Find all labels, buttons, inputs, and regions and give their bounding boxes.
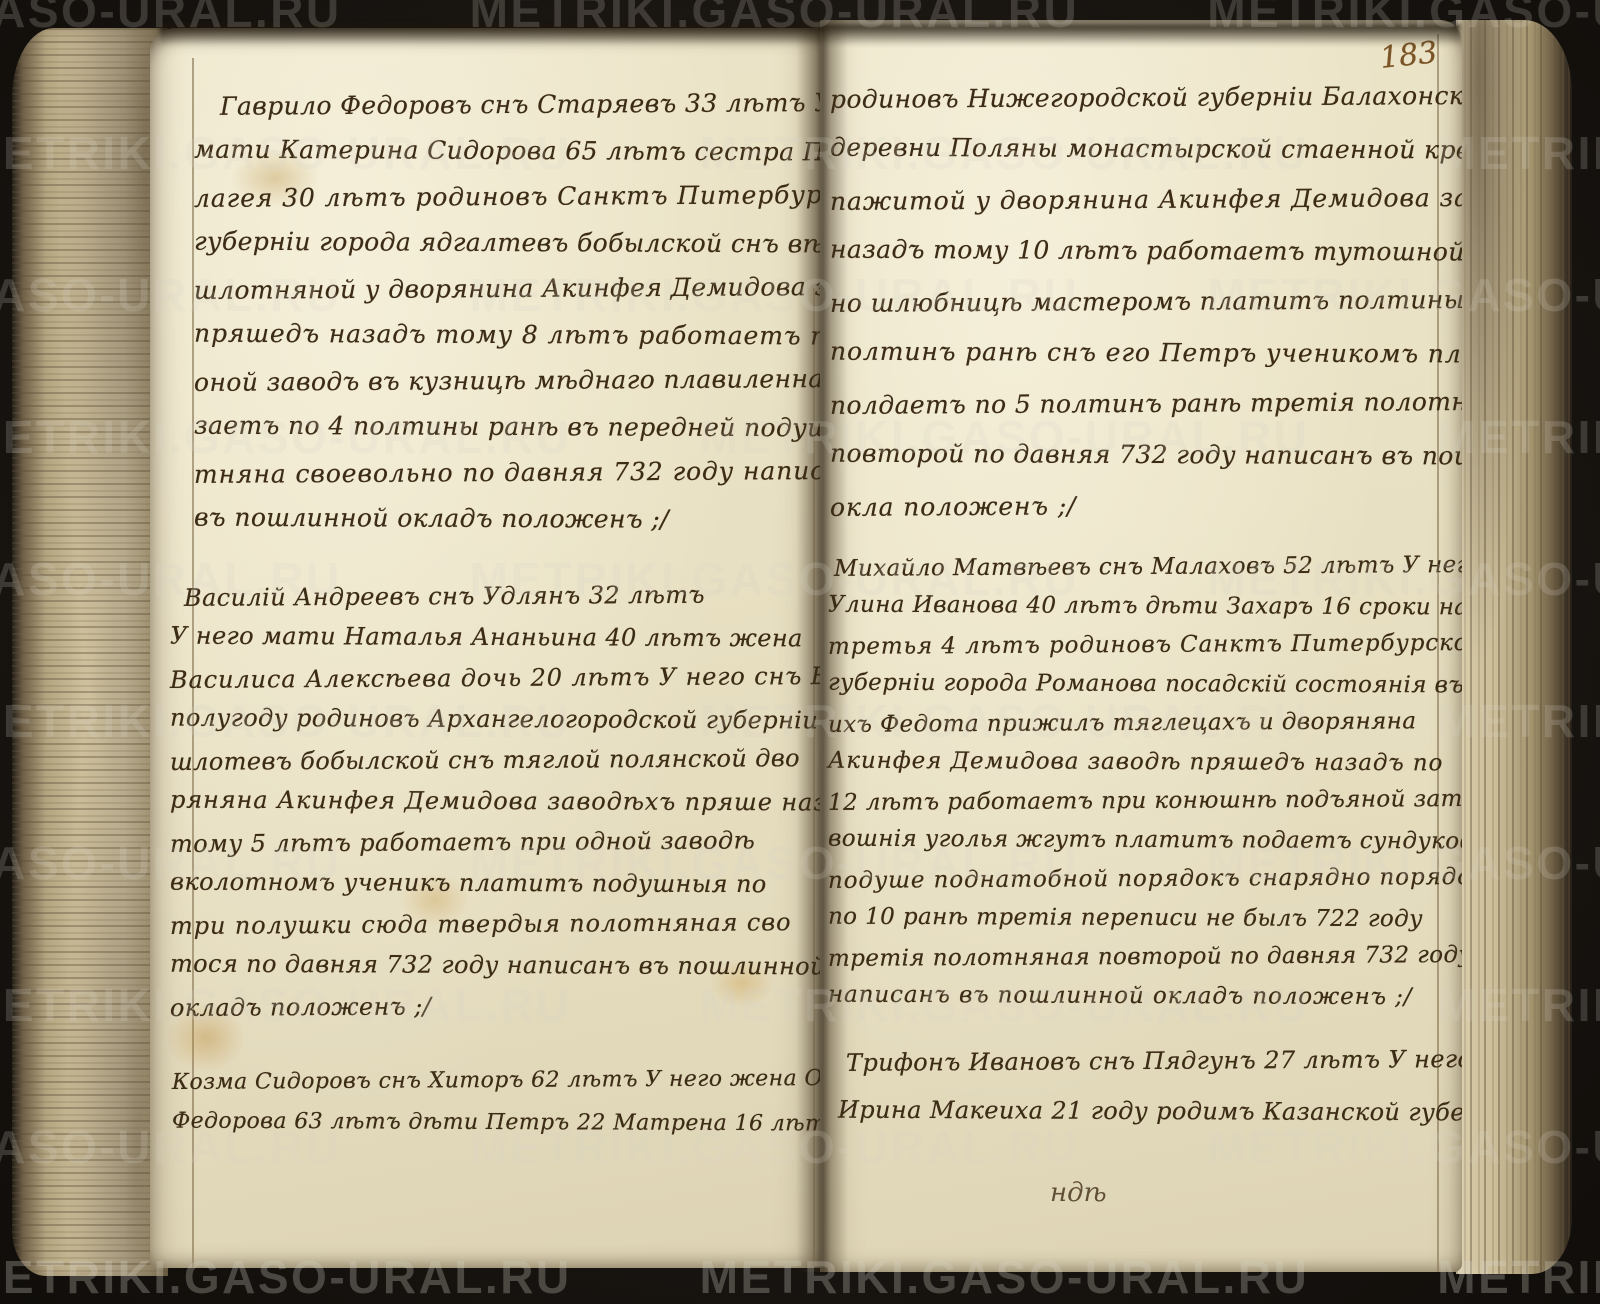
handwritten-line: Василиса Алексѣева дочь 20 лѣтъ У него с…	[170, 656, 818, 701]
left-page: Гаврило Федоровъ снъ Старяевъ 33 лѣтъ У …	[150, 28, 820, 1268]
record-block: Гаврило Федоровъ снъ Старяевъ 33 лѣтъ У …	[194, 82, 819, 542]
handwritten-line: заетъ по 4 полтины ранѣ въ передней поду…	[194, 403, 819, 452]
handwritten-line: У него мати Наталья Ананьина 40 лѣтъ жен…	[170, 616, 818, 660]
handwritten-line: полтинъ ранѣ снъ его Петръ ученикомъ пла…	[830, 326, 1455, 380]
handwritten-line: губерніи города Романова посадскій состо…	[828, 664, 1453, 706]
handwritten-line: Ирина Макеиха 21 году родимъ Казанской г…	[838, 1085, 1453, 1138]
handwritten-line: повторой по давняя 732 году написанъ въ …	[830, 428, 1455, 482]
handwritten-line: мати Катерина Сидорова 65 лѣтъ сестра Пе	[194, 127, 819, 176]
handwritten-line: ихъ Федота прижилъ тяглецахъ и дворяняна	[828, 702, 1453, 745]
handwritten-line: лагея 30 лѣтъ родиновъ Санктъ Питербурск…	[194, 172, 819, 222]
record-block: родиновъ Нижегородской губерніи Балахонс…	[830, 72, 1455, 531]
handwritten-line: вколотномъ ученикъ платитъ подушныя по	[170, 862, 818, 906]
handwritten-line: назадъ тому 10 лѣтъ работаетъ тутошной п…	[830, 224, 1455, 278]
handwritten-line: деревни Поляны монастырской стаенной кре…	[830, 122, 1455, 176]
handwritten-line: по 10 ранѣ третія переписи не былъ 722 г…	[828, 898, 1453, 940]
handwritten-line: тняна своевольно по давняя 732 году напи…	[194, 448, 819, 498]
handwritten-line: окладъ положенъ ;/	[170, 984, 818, 1029]
handwritten-line: полдаетъ по 5 полтинъ ранѣ третія полотн…	[830, 376, 1455, 431]
manuscript-scan: Гаврило Федоровъ снъ Старяевъ 33 лѣтъ У …	[0, 0, 1600, 1304]
handwritten-line: полугоду родиновъ Архангелогородской губ…	[170, 698, 818, 742]
handwritten-line: подуше поднатобной порядокъ снарядно пор…	[828, 858, 1453, 901]
handwritten-line: Михайло Матвѣевъ снъ Малаховъ 52 лѣтъ У …	[828, 546, 1453, 589]
handwritten-line: написанъ въ пошлинной окладъ положенъ ;/	[828, 976, 1453, 1018]
handwritten-line: шлотняной у дворянина Акинфея Демидова з…	[194, 264, 819, 314]
handwritten-line: Федорова 63 лѣтъ дѣти Петръ 22 Матрена 1…	[172, 1101, 820, 1146]
record-block: Василій Андреевъ снъ Удлянъ 32 лѣтъ У не…	[170, 576, 818, 1027]
right-page: 183 родиновъ Нижегородской губерніи Бала…	[820, 20, 1462, 1272]
handwritten-line: Трифонъ Ивановъ снъ Пядгунъ 27 лѣтъ У не…	[838, 1034, 1453, 1088]
handwritten-line: окла положенъ ;/	[830, 478, 1455, 533]
handwritten-line: родиновъ Нижегородской губерніи Балахонс…	[830, 70, 1455, 125]
handwritten-line: въ пошлинной окладъ положенъ ;/	[194, 495, 819, 544]
handwritten-line: третія полотняная повторой по давняя 732…	[828, 936, 1453, 979]
record-block: Михайло Матвѣевъ снъ Малаховъ 52 лѣтъ У …	[828, 548, 1453, 1016]
handwritten-line: вошнія уголья жгутъ платитъ подаетъ сунд…	[828, 820, 1453, 862]
fore-edge-right	[1456, 20, 1572, 1274]
handwritten-line: ряняна Акинфея Демидова заводѣхъ пряше н…	[170, 780, 818, 824]
handwritten-line: Акинфея Демидова заводѣ пряшедъ назадъ п…	[828, 742, 1453, 784]
handwritten-line: Гаврило Федоровъ снъ Старяевъ 33 лѣтъ У …	[194, 80, 819, 130]
handwritten-line: тому 5 лѣтъ работаетъ при одной заводѣ	[170, 820, 818, 865]
catchword: ндѣ	[1050, 1178, 1107, 1208]
handwritten-line: Улина Иванова 40 лѣтъ дѣти Захаръ 16 сро…	[828, 586, 1453, 628]
record-block: Козма Сидоровъ снъ Хиторъ 62 лѣтъ У него…	[172, 1060, 820, 1144]
handwritten-line: губерніи города ядгалтевъ бобылской снъ …	[194, 219, 819, 268]
handwritten-line: оной заводъ въ кузницѣ мѣднаго плавиленн…	[194, 356, 819, 406]
handwritten-line: Василій Андреевъ снъ Удлянъ 32 лѣтъ	[170, 574, 818, 619]
handwritten-line: шлотевъ бобылской снъ тяглой полянской д…	[170, 738, 818, 783]
handwritten-line: пряшедъ назадъ тому 8 лѣтъ работаетъ при	[194, 311, 819, 360]
handwritten-line: 12 лѣтъ работаетъ при конюшнѣ подъяной з…	[828, 780, 1453, 823]
handwritten-line: три полушки сюда твердыя полотняная сво	[170, 902, 818, 947]
handwritten-line: Козма Сидоровъ снъ Хиторъ 62 лѣтъ У него…	[172, 1058, 820, 1104]
handwritten-line: пажитой у дворянина Акинфея Демидова зав…	[830, 172, 1455, 227]
handwritten-line: тося по давняя 732 году написанъ въ пошл…	[170, 944, 818, 988]
handwritten-line: третья 4 лѣтъ родиновъ Санктъ Питербурск…	[828, 624, 1453, 667]
handwritten-line: но шлюбницѣ мастеромъ платитъ полтины по…	[830, 274, 1455, 329]
record-block: Трифонъ Ивановъ снъ Пядгунъ 27 лѣтъ У не…	[838, 1036, 1453, 1136]
fore-edge-left	[12, 28, 168, 1276]
